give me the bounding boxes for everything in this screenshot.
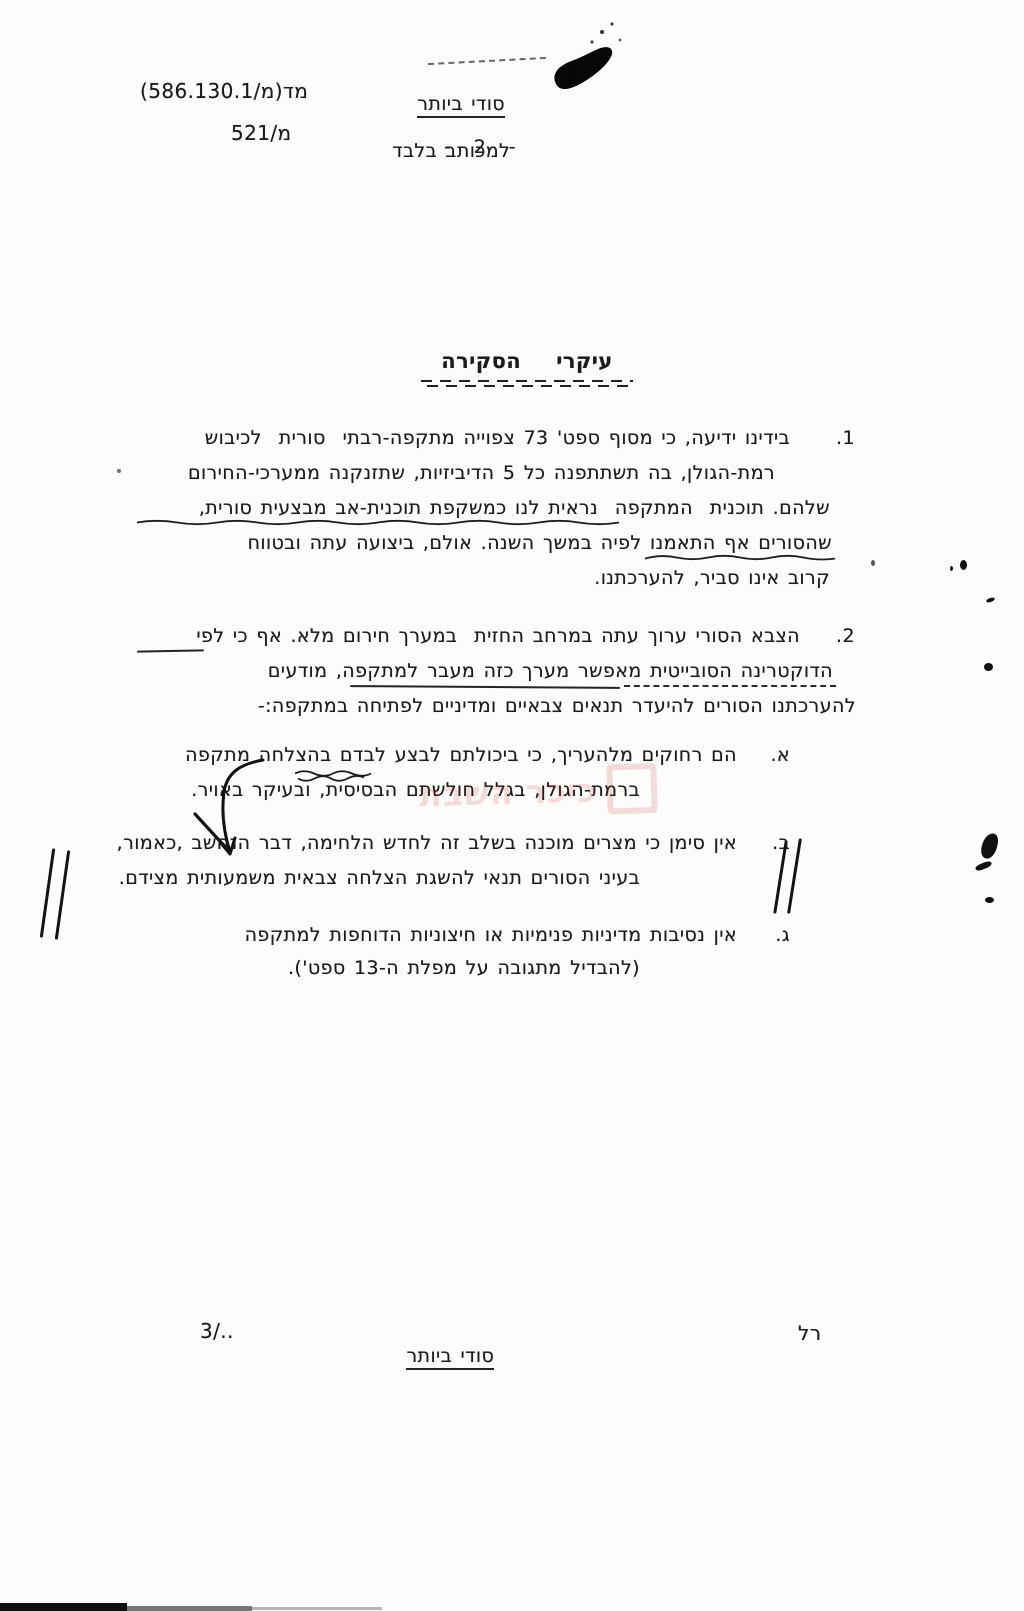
hand-double-underline-mark (298, 774, 364, 783)
sub-c-letter: ג. (775, 924, 790, 946)
ink-speck-mark (979, 832, 1000, 861)
report-title: עיקרי הסקירה (408, 349, 646, 373)
footer-initials: רל (798, 1321, 821, 1345)
paragraph-1-line: שלהם. תוכנית המתקפה נראית לנו כמשקפת תוכ… (199, 497, 830, 519)
ref-number-primary: מד(מ/586.130.1) (140, 79, 308, 103)
footer-continuation-number: 3/.. (200, 1319, 234, 1343)
scanned-document-page: מד(מ/586.130.1) מ/521 סודי ביותר למכותב … (0, 0, 1024, 1611)
classification-header: סודי ביותר למכותב בלבד (412, 71, 544, 184)
watermark-logo-icon (606, 763, 657, 814)
scan-edge-artifact (0, 1603, 127, 1611)
title-underline-dash-row (421, 380, 633, 382)
dotted-smudge-trail-mark (428, 57, 546, 65)
margin-emphasis-slash-mark (40, 848, 55, 938)
hand-underline-mark (350, 685, 620, 689)
footer-classification-text: סודי ביותר (406, 1345, 494, 1370)
classification-line1: סודי ביותר (417, 93, 505, 118)
hand-underline-dotted-mark (624, 685, 836, 687)
sub-c-line: (להבדיל מתגובה על מפלת ה-13 ספט'). (288, 957, 640, 979)
ink-speck-mark (117, 469, 121, 473)
ink-blot-mark (540, 18, 630, 110)
hand-underline-mark (645, 553, 835, 562)
sub-b-line: בעיני הסורים תנאי להשגת הצלחה צבאית משמע… (119, 867, 640, 889)
paragraph-2-line: להערכתנו הסורים להיעדר תנאים צבאיים ומדי… (258, 695, 856, 717)
ref-number-secondary: מ/521 (231, 121, 292, 145)
ink-speck-mark (985, 897, 994, 903)
paragraph-1-line: רמת-הגולן, בה תשתתפנה כל 5 הדיביזיות, שת… (188, 462, 775, 484)
paragraph-1-number: 1. (836, 427, 855, 449)
hand-underline-mark (137, 518, 619, 527)
paragraph-2-line: הצבא הסורי ערוך עתה במרחב החזית במערך חי… (196, 625, 800, 647)
ink-speck-mark (986, 597, 996, 604)
ink-speck-mark (984, 663, 993, 671)
paragraph-2-line: הדוקטרינה הסובייטית מאפשר מערך כזה מעבר … (268, 660, 833, 682)
sub-b-line: אין סימן כי מצרים מוכנה בשלב זה לחדש הלח… (117, 832, 737, 854)
sub-a-letter: א. (770, 744, 790, 766)
ink-speck-mark (871, 560, 875, 566)
title-underline-dash-row (421, 385, 633, 387)
sub-c-line: אין נסיבות מדיניות פנימיות או חיצוניות ה… (245, 924, 737, 946)
hand-underline-mark (137, 649, 204, 653)
ink-speck-mark (960, 560, 967, 570)
footer-classification: סודי ביותר (418, 1323, 528, 1392)
red-watermark: כיכר השבת (431, 760, 657, 822)
paragraph-1-line: בידינו ידיעה, כי מסוף ספט' 73 צפוייה מתק… (205, 427, 790, 449)
margin-emphasis-slash-mark (55, 850, 70, 940)
page-number: - 2 - (430, 136, 530, 158)
scan-edge-artifact (252, 1607, 382, 1610)
paragraph-2-number: 2. (836, 625, 855, 647)
paragraph-1-line: שהסורים אף התאמנו לפיה במשך השנה. אולם, … (248, 532, 832, 554)
paragraph-1-line: קרוב אינו סביר, להערכתנו. (594, 567, 830, 589)
scan-edge-artifact (127, 1606, 252, 1611)
watermark-text: כיכר השבת (419, 770, 598, 814)
ink-speck-mark (974, 860, 992, 872)
ink-speck-mark (950, 566, 953, 571)
